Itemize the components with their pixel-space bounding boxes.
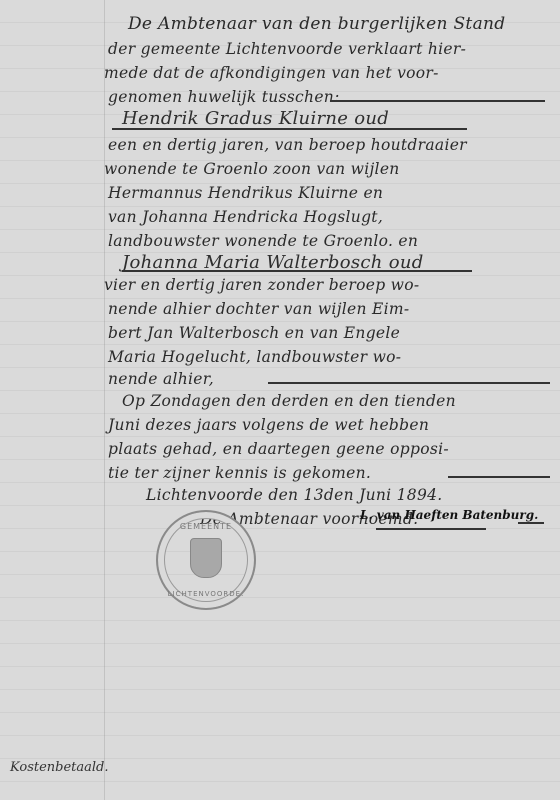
text-line-3: mede dat de afkondigingen van het voor- xyxy=(104,64,439,82)
bride-name-underline xyxy=(122,270,472,272)
coat-of-arms-icon xyxy=(190,538,222,578)
text-line-9: van Johanna Hendricka Hogslugt, xyxy=(108,208,383,226)
text-line-6: een en dertig jaren, van beroep houtdraa… xyxy=(108,136,467,154)
fill-rule xyxy=(268,382,550,384)
text-line-2: der gemeente Lichtenvoorde verklaart hie… xyxy=(108,40,466,58)
text-line-7: wonende te Groenlo zoon van wijlen xyxy=(104,160,400,178)
margin-note: Kostenbetaald. xyxy=(10,760,109,775)
groom-name-line: Hendrik Gradus Kluirne oud xyxy=(122,108,389,129)
stamp-top-text: GEMEENTE xyxy=(158,522,254,531)
text-line-18: Juni dezes jaars volgens de wet hebben xyxy=(108,416,429,434)
text-line-14: bert Jan Walterbosch en van Engele xyxy=(108,324,400,342)
official-signature: L. van Haeften Batenburg. xyxy=(360,508,538,522)
document-page: De Ambtenaar van den burgerlijken Stand … xyxy=(0,0,560,800)
fill-rule xyxy=(330,100,545,102)
date-line: Lichtenvoorde den 13den Juni 1894. xyxy=(146,486,443,504)
groom-name-underline xyxy=(112,128,467,130)
text-line-20: tie ter zijner kennis is gekomen. xyxy=(108,464,371,482)
text-line-13: nende alhier dochter van wijlen Eim- xyxy=(108,300,409,318)
fill-rule xyxy=(518,522,544,524)
text-line-12: vier en dertig jaren zonder beroep wo- xyxy=(104,276,419,294)
fill-rule xyxy=(448,476,550,478)
signature-underline xyxy=(376,528,486,530)
margin-line xyxy=(104,0,105,800)
text-line-15: Maria Hogelucht, landbouwster wo- xyxy=(108,348,401,366)
text-line-16: nende alhier, xyxy=(108,370,214,388)
text-line-1: De Ambtenaar van den burgerlijken Stand xyxy=(128,14,505,34)
text-line-4: genomen huwelijk tusschen: xyxy=(108,88,340,106)
stamp-bottom-text: LICHTENVOORDE. xyxy=(158,590,254,598)
text-line-17: Op Zondagen den derden en den tienden xyxy=(122,392,456,410)
text-line-19: plaats gehad, en daartegen geene opposi- xyxy=(108,440,449,458)
text-line-10: landbouwster wonende te Groenlo. en xyxy=(108,232,418,250)
text-line-8: Hermannus Hendrikus Kluirne en xyxy=(108,184,383,202)
municipal-seal-stamp: GEMEENTE LICHTENVOORDE. xyxy=(156,510,256,610)
